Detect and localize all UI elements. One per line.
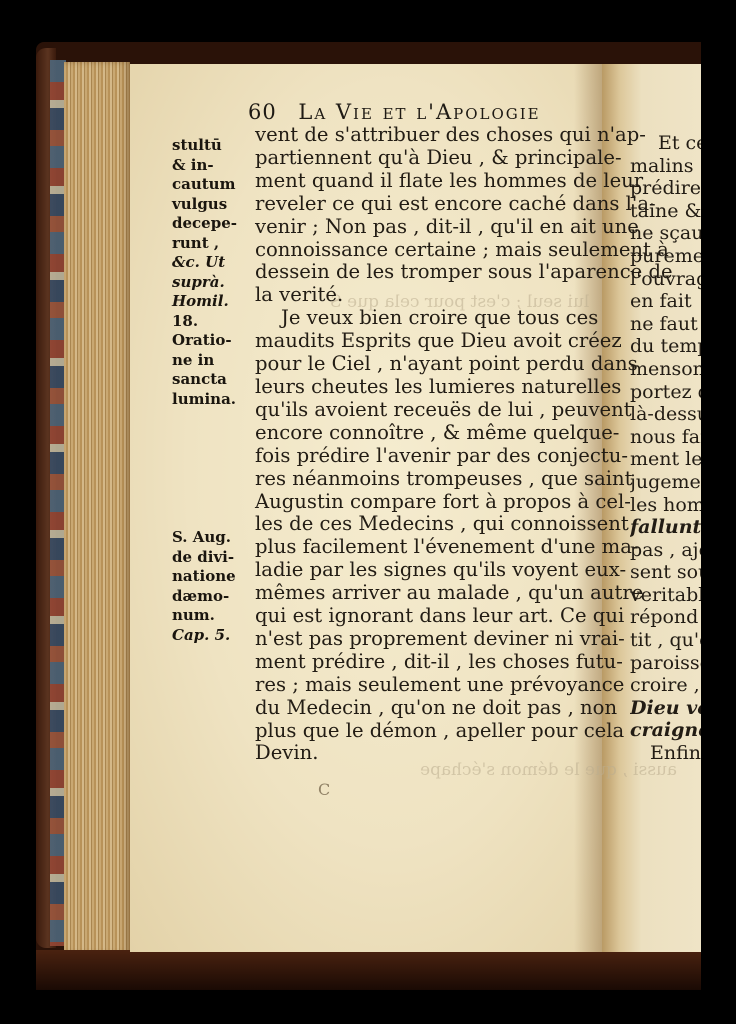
text-line: Dieu vou [630, 697, 701, 720]
text-line: qui est ignorant dans leur art. Ce qui [255, 605, 595, 628]
margin-line: Oratio- [172, 331, 252, 351]
text-line: Devin. [255, 742, 595, 765]
text-line: les hom [630, 494, 701, 517]
text-line: ladie par les signes qu'ils voyent eux- [255, 559, 595, 582]
margin-line: dæmo- [172, 587, 252, 607]
margin-line: S. Aug. [172, 528, 252, 548]
text-line: jugemen [630, 471, 701, 494]
text-line: la verité. [255, 284, 595, 307]
text-line: encore connoître , & même quelque- [255, 422, 595, 445]
margin-line: natione [172, 567, 252, 587]
margin-line: Homil. [172, 292, 252, 312]
paragraph-start-line: Je veux bien croire que tous ces [255, 307, 595, 330]
text-line: connoissance certaine ; mais seulement à [255, 239, 595, 262]
text-line: vent de s'attribuer des choses qui n'ap- [255, 124, 595, 147]
margin-line: 18. [172, 312, 252, 332]
text-line: qu'ils avoient receuës de lui , peuvent [255, 399, 595, 422]
text-line: dessein de les tromper sous l'aparence d… [255, 261, 595, 284]
text-line: du Medecin , qu'on ne doit pas , non [255, 697, 595, 720]
margin-line: lumina. [172, 390, 252, 410]
text-line: en fait [630, 290, 701, 313]
margin-line: de divi- [172, 548, 252, 568]
margin-line: suprà. [172, 273, 252, 293]
text-line: venir ; Non pas , dit-il , qu'il en ait … [255, 216, 595, 239]
text-line: malins [630, 155, 701, 178]
text-line: plus que le démon , apeller pour cela [255, 720, 595, 743]
text-line: taine & [630, 200, 701, 223]
margin-line: vulgus [172, 195, 252, 215]
text-line: ne sçau [630, 222, 701, 245]
text-line: paroisse [630, 652, 701, 675]
text-line: ment les [630, 448, 701, 471]
text-line: Et ce [630, 132, 701, 155]
main-text-block: vent de s'attribuer des choses qui n'ap-… [255, 124, 595, 765]
text-line: res néanmoins trompeuses , que saint [255, 468, 595, 491]
text-line: tit , qu'en [630, 629, 701, 652]
bottom-board [36, 950, 701, 990]
text-line: maudits Esprits que Dieu avoit créez [255, 330, 595, 353]
margin-line: cautum [172, 175, 252, 195]
text-line: nous fai [630, 426, 701, 449]
margin-line: stultū [172, 136, 252, 156]
text-line: Enfin [630, 742, 701, 765]
text-line: puremen [630, 245, 701, 268]
page-block-edge [64, 62, 130, 954]
text-line: partiennent qu'à Dieu , & principale- [255, 147, 595, 170]
text-line: n'est pas proprement deviner ni vrai- [255, 628, 595, 651]
text-line: pas , ajou [630, 539, 701, 562]
right-page-text-block: Et ce malins prédire taine & ne sçau pur… [630, 132, 701, 765]
text-line: ment quand il flate les hommes de leur [255, 170, 595, 193]
text-line: portez d [630, 381, 701, 404]
margin-line: & in- [172, 156, 252, 176]
running-title: La Vie et l'Apologie [298, 100, 540, 124]
text-line: là-dessus [630, 403, 701, 426]
margin-note-latin-quote: stultū & in- cautum vulgus decepe- runt … [172, 136, 252, 409]
text-line: croire , P [630, 674, 701, 697]
running-head: 60 La Vie et l'Apologie [248, 100, 541, 124]
text-line: craignez. [630, 719, 701, 742]
text-line: du temp [630, 335, 701, 358]
text-line: reveler ce qui est encore caché dans l'a… [255, 193, 595, 216]
signature-mark: C [318, 780, 330, 799]
text-line: mensong [630, 358, 701, 381]
text-line: l'ouvrag [630, 268, 701, 291]
text-line: pour le Ciel , n'ayant point perdu dans [255, 353, 595, 376]
text-line: Augustin compare fort à propos à cel- [255, 491, 595, 514]
text-line: ne faut [630, 313, 701, 336]
text-line: mêmes arriver au malade , qu'un autre [255, 582, 595, 605]
margin-line: &c. Ut [172, 253, 252, 273]
margin-line: decepe- [172, 214, 252, 234]
text-line: leurs cheutes les lumieres naturelles [255, 376, 595, 399]
text-line: veritable [630, 584, 701, 607]
text-line: ment prédire , dit-il , les choses futu- [255, 651, 595, 674]
margin-line: runt , [172, 234, 252, 254]
text-line: falluntur [630, 516, 701, 539]
text-line: plus facilement l'évenement d'une ma- [255, 536, 595, 559]
text-line: sent souv [630, 561, 701, 584]
page-number: 60 [248, 100, 277, 124]
text-line: res ; mais seulement une prévoyance [255, 674, 595, 697]
text-line: répond q [630, 606, 701, 629]
text-line: les de ces Medecins , qui connoissent [255, 513, 595, 536]
margin-line: num. [172, 606, 252, 626]
margin-line: Cap. 5. [172, 626, 252, 646]
margin-line: sancta [172, 370, 252, 390]
margin-note-augustine-citation: S. Aug. de divi- natione dæmo- num. Cap.… [172, 528, 252, 645]
text-line: prédire [630, 177, 701, 200]
margin-line: ne in [172, 351, 252, 371]
text-line: fois prédire l'avenir par des conjectu- [255, 445, 595, 468]
